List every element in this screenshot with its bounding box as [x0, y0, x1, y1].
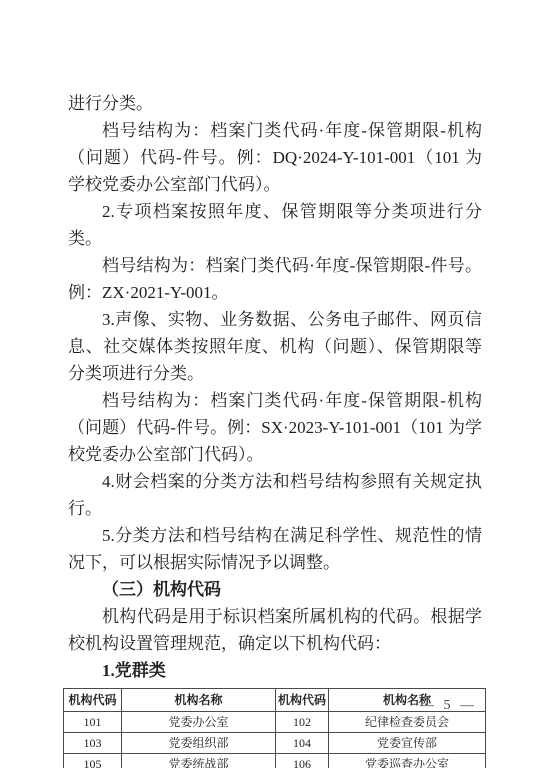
table-row: 101 党委办公室 102 纪律检查委员会 — [64, 712, 486, 733]
table-cell-name: 党委统战部 — [122, 754, 276, 768]
table-cell-name: 纪律检查委员会 — [329, 712, 486, 733]
paragraph: 档号结构为：档案门类代码·年度-保管期限-机构（问题）代码-件号。例：DQ·20… — [68, 117, 482, 198]
table-cell-name: 党委宣传部 — [329, 733, 486, 754]
table-cell-name: 党委巡查办公室 — [329, 754, 486, 768]
table-cell-code: 106 — [276, 754, 329, 768]
table-cell-code: 105 — [64, 754, 122, 768]
paragraph: 2.专项档案按照年度、保管期限等分类项进行分类。 — [68, 198, 482, 252]
table-cell-code: 101 — [64, 712, 122, 733]
paragraph: 档号结构为：档案门类代码·年度-保管期限-机构（问题）代码-件号。例：SX·20… — [68, 387, 482, 468]
paragraph: 3.声像、实物、业务数据、公务电子邮件、网页信息、社交媒体类按照年度、机构（问题… — [68, 306, 482, 387]
table-cell-name: 党委组织部 — [122, 733, 276, 754]
table-cell-name: 党委办公室 — [122, 712, 276, 733]
section-heading-org-code: （三）机构代码 — [68, 576, 482, 603]
table-header-cell: 机构代码 — [276, 689, 329, 712]
table-cell-code: 102 — [276, 712, 329, 733]
table-title-party-group: 1.党群类 — [68, 657, 482, 684]
page-content: 进行分类。 档号结构为：档案门类代码·年度-保管期限-机构（问题）代码-件号。例… — [68, 90, 482, 768]
table-row: 103 党委组织部 104 党委宣传部 — [64, 733, 486, 754]
paragraph: 4.财会档案的分类方法和档号结构参照有关规定执行。 — [68, 468, 482, 522]
paragraph: 档号结构为：档案门类代码·年度-保管期限-件号。例：ZX·2021-Y-001。 — [68, 252, 482, 306]
table-cell-code: 104 — [276, 733, 329, 754]
paragraph: 5.分类方法和档号结构在满足科学性、规范性的情况下，可以根据实际情况予以调整。 — [68, 522, 482, 576]
paragraph: 机构代码是用于标识档案所属机构的代码。根据学校机构设置管理规范，确定以下机构代码… — [68, 603, 482, 657]
table-header-cell: 机构名称 — [122, 689, 276, 712]
document-page: 进行分类。 档号结构为：档案门类代码·年度-保管期限-机构（问题）代码-件号。例… — [0, 0, 543, 768]
table-row: 105 党委统战部 106 党委巡查办公室 — [64, 754, 486, 768]
table-cell-code: 103 — [64, 733, 122, 754]
table-header-cell: 机构代码 — [64, 689, 122, 712]
paragraph: 进行分类。 — [68, 90, 482, 117]
page-number: — 5 — — [420, 698, 477, 714]
